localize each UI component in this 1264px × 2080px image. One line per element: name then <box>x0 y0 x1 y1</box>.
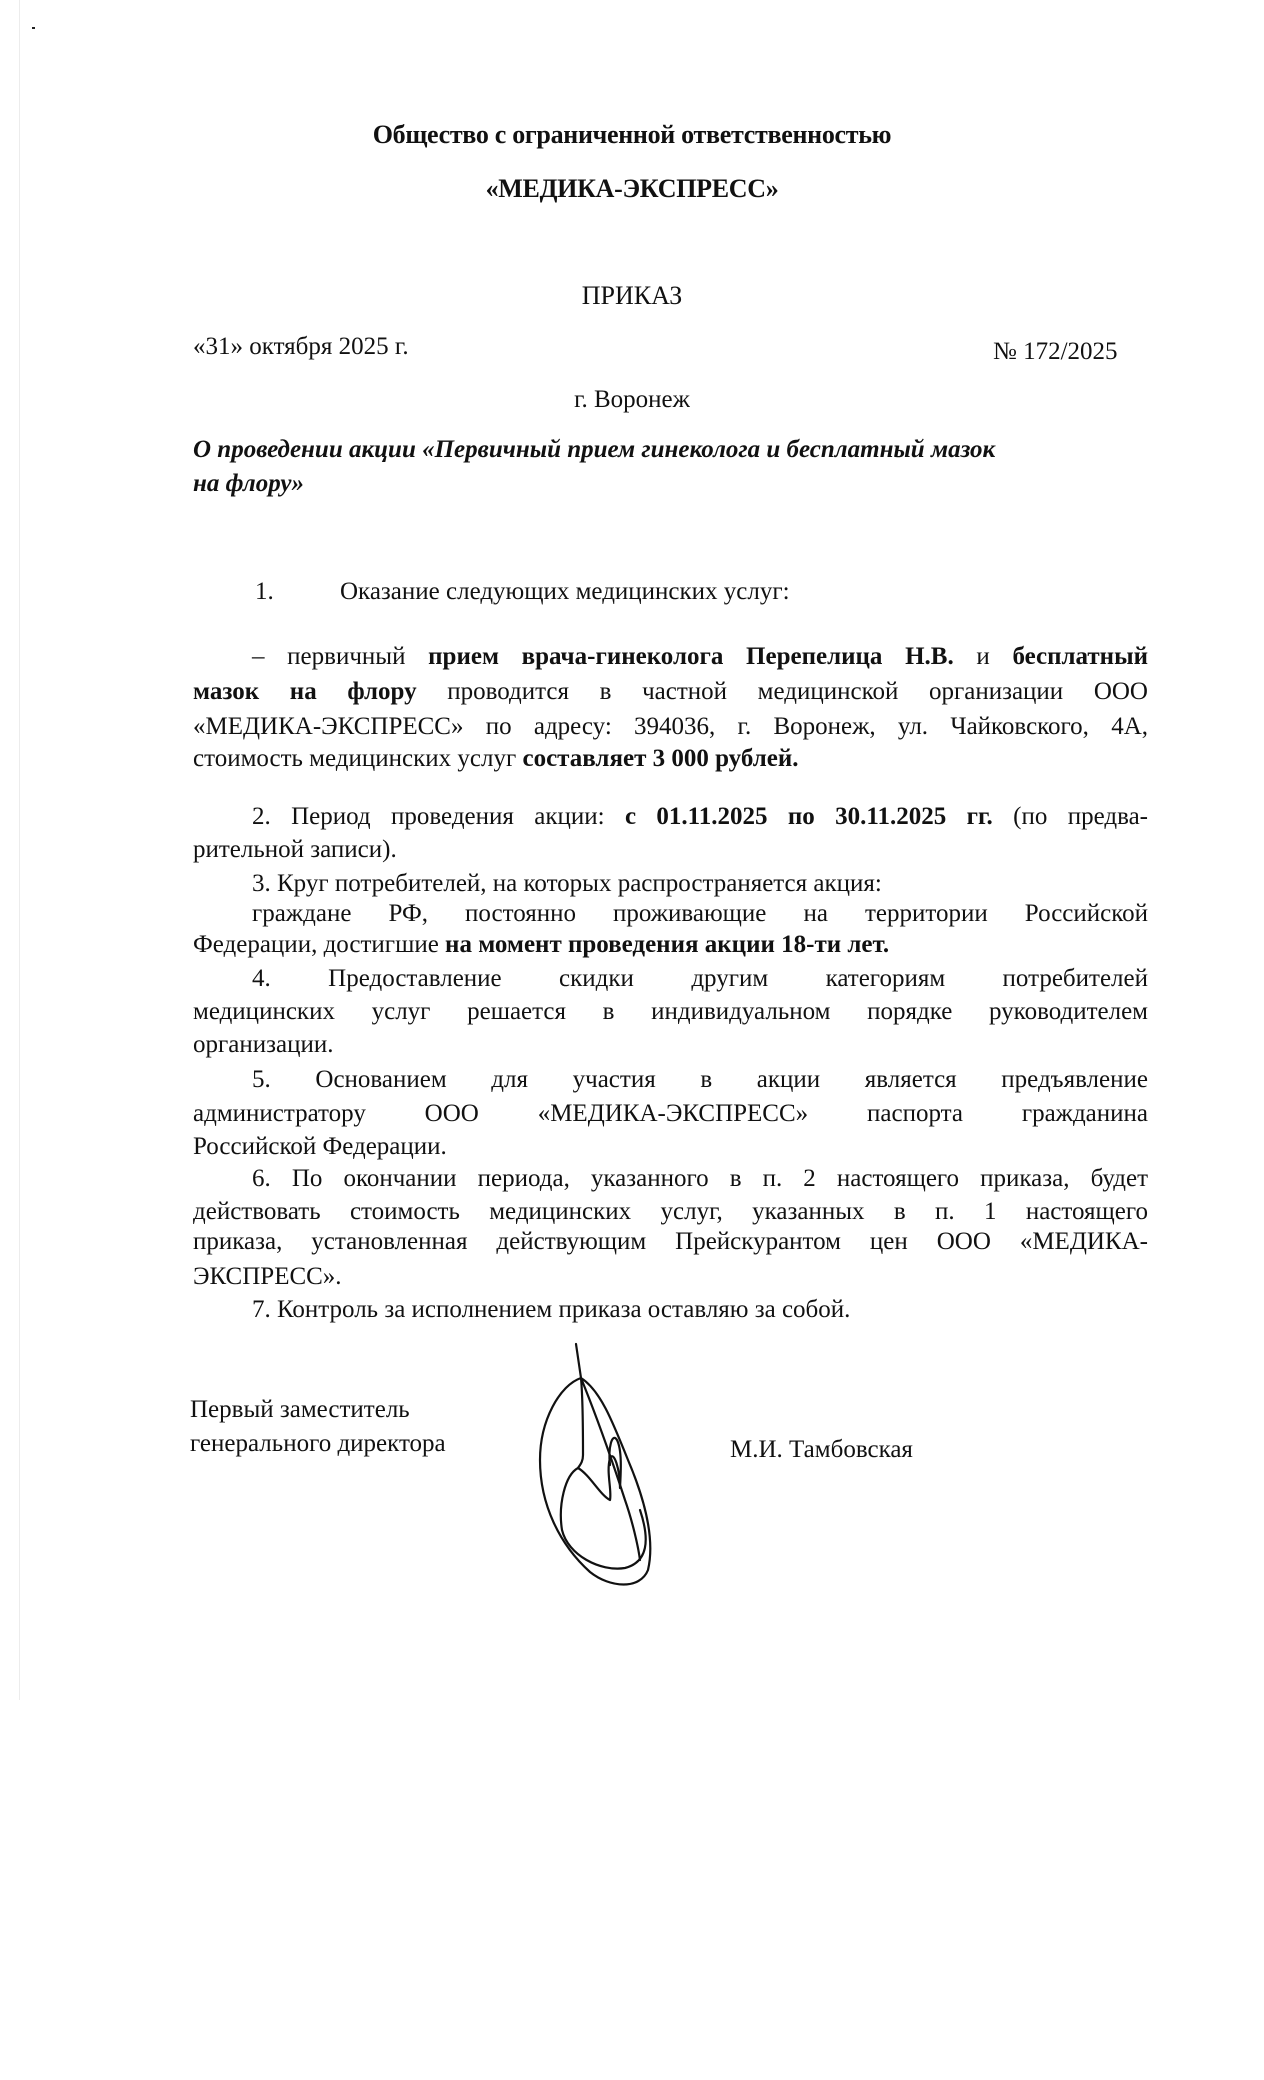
text-fragment: (по предва- <box>993 803 1148 830</box>
item-4-line-1: 4. Предоставление скидки другим категори… <box>252 966 1148 991</box>
text-fragment: проводится в частной медицинской организ… <box>417 678 1148 705</box>
scan-page-edge <box>19 0 20 1700</box>
text-fragment: стоимость медицинских услуг <box>193 745 522 772</box>
doctor-service-bold: прием врача-гинеколога Перепелица Н.В. <box>428 643 954 670</box>
smear-service-bold: мазок на флору <box>193 678 417 705</box>
org-type-heading: Общество с ограниченной ответственностью <box>0 122 1264 147</box>
signer-position-line-1: Первый заместитель <box>190 1397 410 1422</box>
doc-type-title: ПРИКАЗ <box>0 283 1264 308</box>
order-city: г. Воронеж <box>0 387 1264 412</box>
order-number: № 172/2025 <box>993 339 1118 364</box>
item-3-line-2: граждане РФ, постоянно проживающие на те… <box>252 901 1148 926</box>
order-date: «31» октября 2025 г. <box>193 334 409 359</box>
item-4-line-3: организации. <box>193 1032 333 1057</box>
item-6-line-4: ЭКСПРЕСС». <box>193 1264 342 1289</box>
item-1-line-1: – первичный прием врача-гинеколога Переп… <box>252 644 1148 669</box>
text-fragment: 2. Период проведения акции: <box>252 803 625 830</box>
item-6-line-3: приказа, установленная действующим Прейс… <box>193 1229 1148 1254</box>
item-7-line-1: 7. Контроль за исполнением приказа остав… <box>252 1297 850 1322</box>
age-condition-bold: на момент проведения акции 18-ти лет. <box>445 931 889 958</box>
item-5-line-2: администратору ООО «МЕДИКА-ЭКСПРЕСС» пас… <box>193 1101 1148 1126</box>
signer-position-line-2: генерального директора <box>190 1431 446 1456</box>
item-1-heading: Оказание следующих медицинских услуг: <box>340 579 790 604</box>
item-6-line-1: 6. По окончании периода, указанного в п.… <box>252 1166 1148 1191</box>
item-1-number: 1. <box>255 579 274 604</box>
order-title-line-1: О проведении акции «Первичный прием гине… <box>193 437 1148 462</box>
item-1-line-2: мазок на флору проводится в частной меди… <box>193 679 1148 704</box>
signer-name: М.И. Тамбовская <box>730 1437 913 1462</box>
price-bold: составляет 3 000 рублей. <box>522 745 798 772</box>
item-2-line-2: рительной записи). <box>193 837 397 862</box>
order-title-line-2: на флору» <box>193 471 1148 496</box>
free-bold: бесплатный <box>1012 643 1148 670</box>
scan-speck <box>32 27 35 29</box>
handwritten-signature-icon <box>520 1330 700 1590</box>
item-5-line-3: Российской Федерации. <box>193 1134 447 1159</box>
text-fragment: и <box>954 643 1013 670</box>
item-1-line-3: «МЕДИКА-ЭКСПРЕСС» по адресу: 394036, г. … <box>193 714 1148 739</box>
item-3-line-1: 3. Круг потребителей, на которых распрос… <box>252 871 882 896</box>
text-fragment: Федерации, достигшие <box>193 931 445 958</box>
item-1-line-4: стоимость медицинских услуг составляет 3… <box>193 746 799 771</box>
item-6-line-2: действовать стоимость медицинских услуг,… <box>193 1199 1148 1224</box>
org-name-heading: «МЕДИКА-ЭКСПРЕСС» <box>0 176 1264 201</box>
item-5-line-1: 5. Основанием для участия в акции являет… <box>252 1067 1148 1092</box>
period-bold: с 01.11.2025 по 30.11.2025 гг. <box>625 803 993 830</box>
text-fragment: – первичный <box>252 643 428 670</box>
item-3-line-3: Федерации, достигшие на момент проведени… <box>193 932 889 957</box>
item-4-line-2: медицинских услуг решается в индивидуаль… <box>193 999 1148 1024</box>
item-2-line-1: 2. Период проведения акции: с 01.11.2025… <box>252 804 1148 829</box>
